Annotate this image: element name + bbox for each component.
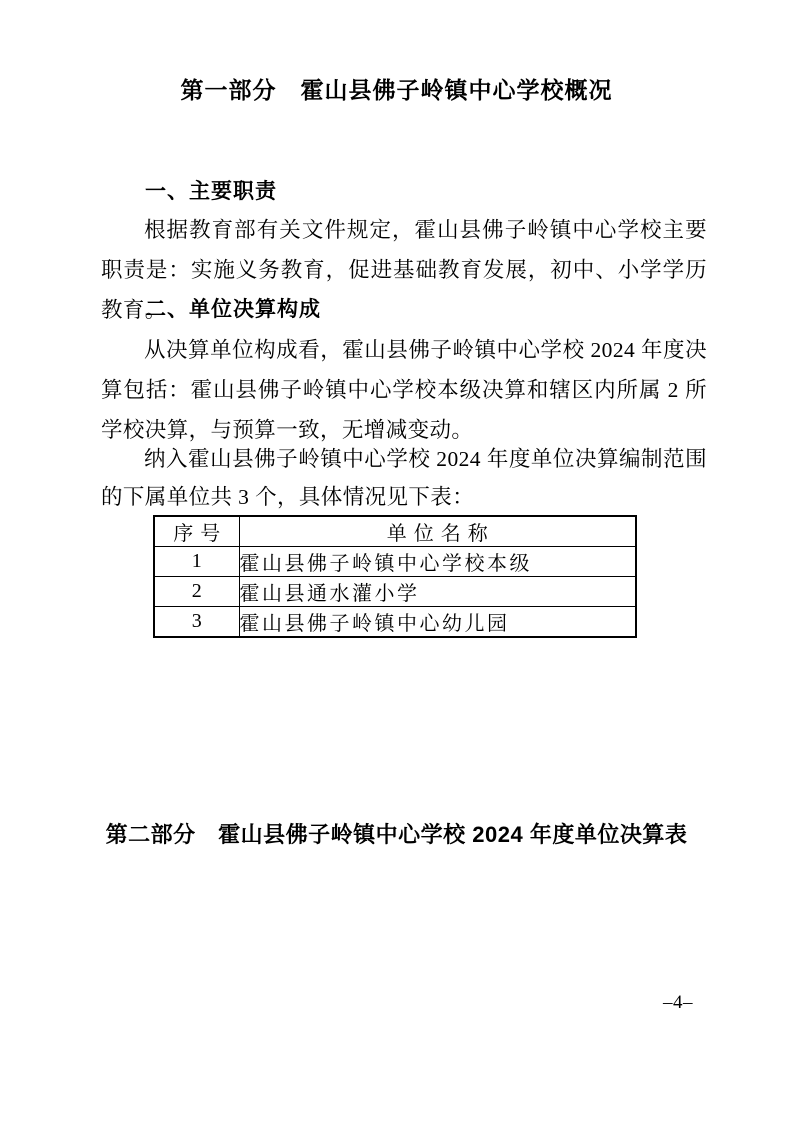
row-index: 3 (154, 607, 239, 638)
subunit-table: 序号 单位名称 1 霍山县佛子岭镇中心学校本级 2 霍山县通水灌小学 3 霍山县… (153, 515, 637, 638)
section2-heading: 二、单位决算构成 (145, 296, 321, 324)
table-row: 3 霍山县佛子岭镇中心幼儿园 (154, 607, 636, 638)
section2-paragraph-1: 从决算单位构成看，霍山县佛子岭镇中心学校 2024 年度决算包括：霍山县佛子岭镇… (101, 330, 707, 450)
table-row: 1 霍山县佛子岭镇中心学校本级 (154, 547, 636, 577)
part2-title: 第二部分 霍山县佛子岭镇中心学校 2024 年度单位决算表 (0, 818, 793, 849)
part1-title: 第一部分 霍山县佛子岭镇中心学校概况 (0, 72, 793, 105)
table-header-index: 序号 (154, 516, 239, 547)
table-header-unit-name: 单位名称 (239, 516, 636, 547)
section1-heading: 一、主要职责 (145, 178, 277, 206)
row-unit-name: 霍山县佛子岭镇中心学校本级 (239, 547, 636, 577)
page-number: –4– (663, 992, 693, 1014)
document-page: 第一部分 霍山县佛子岭镇中心学校概况 一、主要职责 根据教育部有关文件规定，霍山… (0, 0, 793, 1122)
row-unit-name: 霍山县通水灌小学 (239, 577, 636, 607)
row-index: 2 (154, 577, 239, 607)
table-header-row: 序号 单位名称 (154, 516, 636, 547)
section2-paragraph-2: 纳入霍山县佛子岭镇中心学校 2024 年度单位决算编制范围的下属单位共 3 个，… (101, 440, 707, 516)
row-index: 1 (154, 547, 239, 577)
row-unit-name: 霍山县佛子岭镇中心幼儿园 (239, 607, 636, 638)
table-row: 2 霍山县通水灌小学 (154, 577, 636, 607)
